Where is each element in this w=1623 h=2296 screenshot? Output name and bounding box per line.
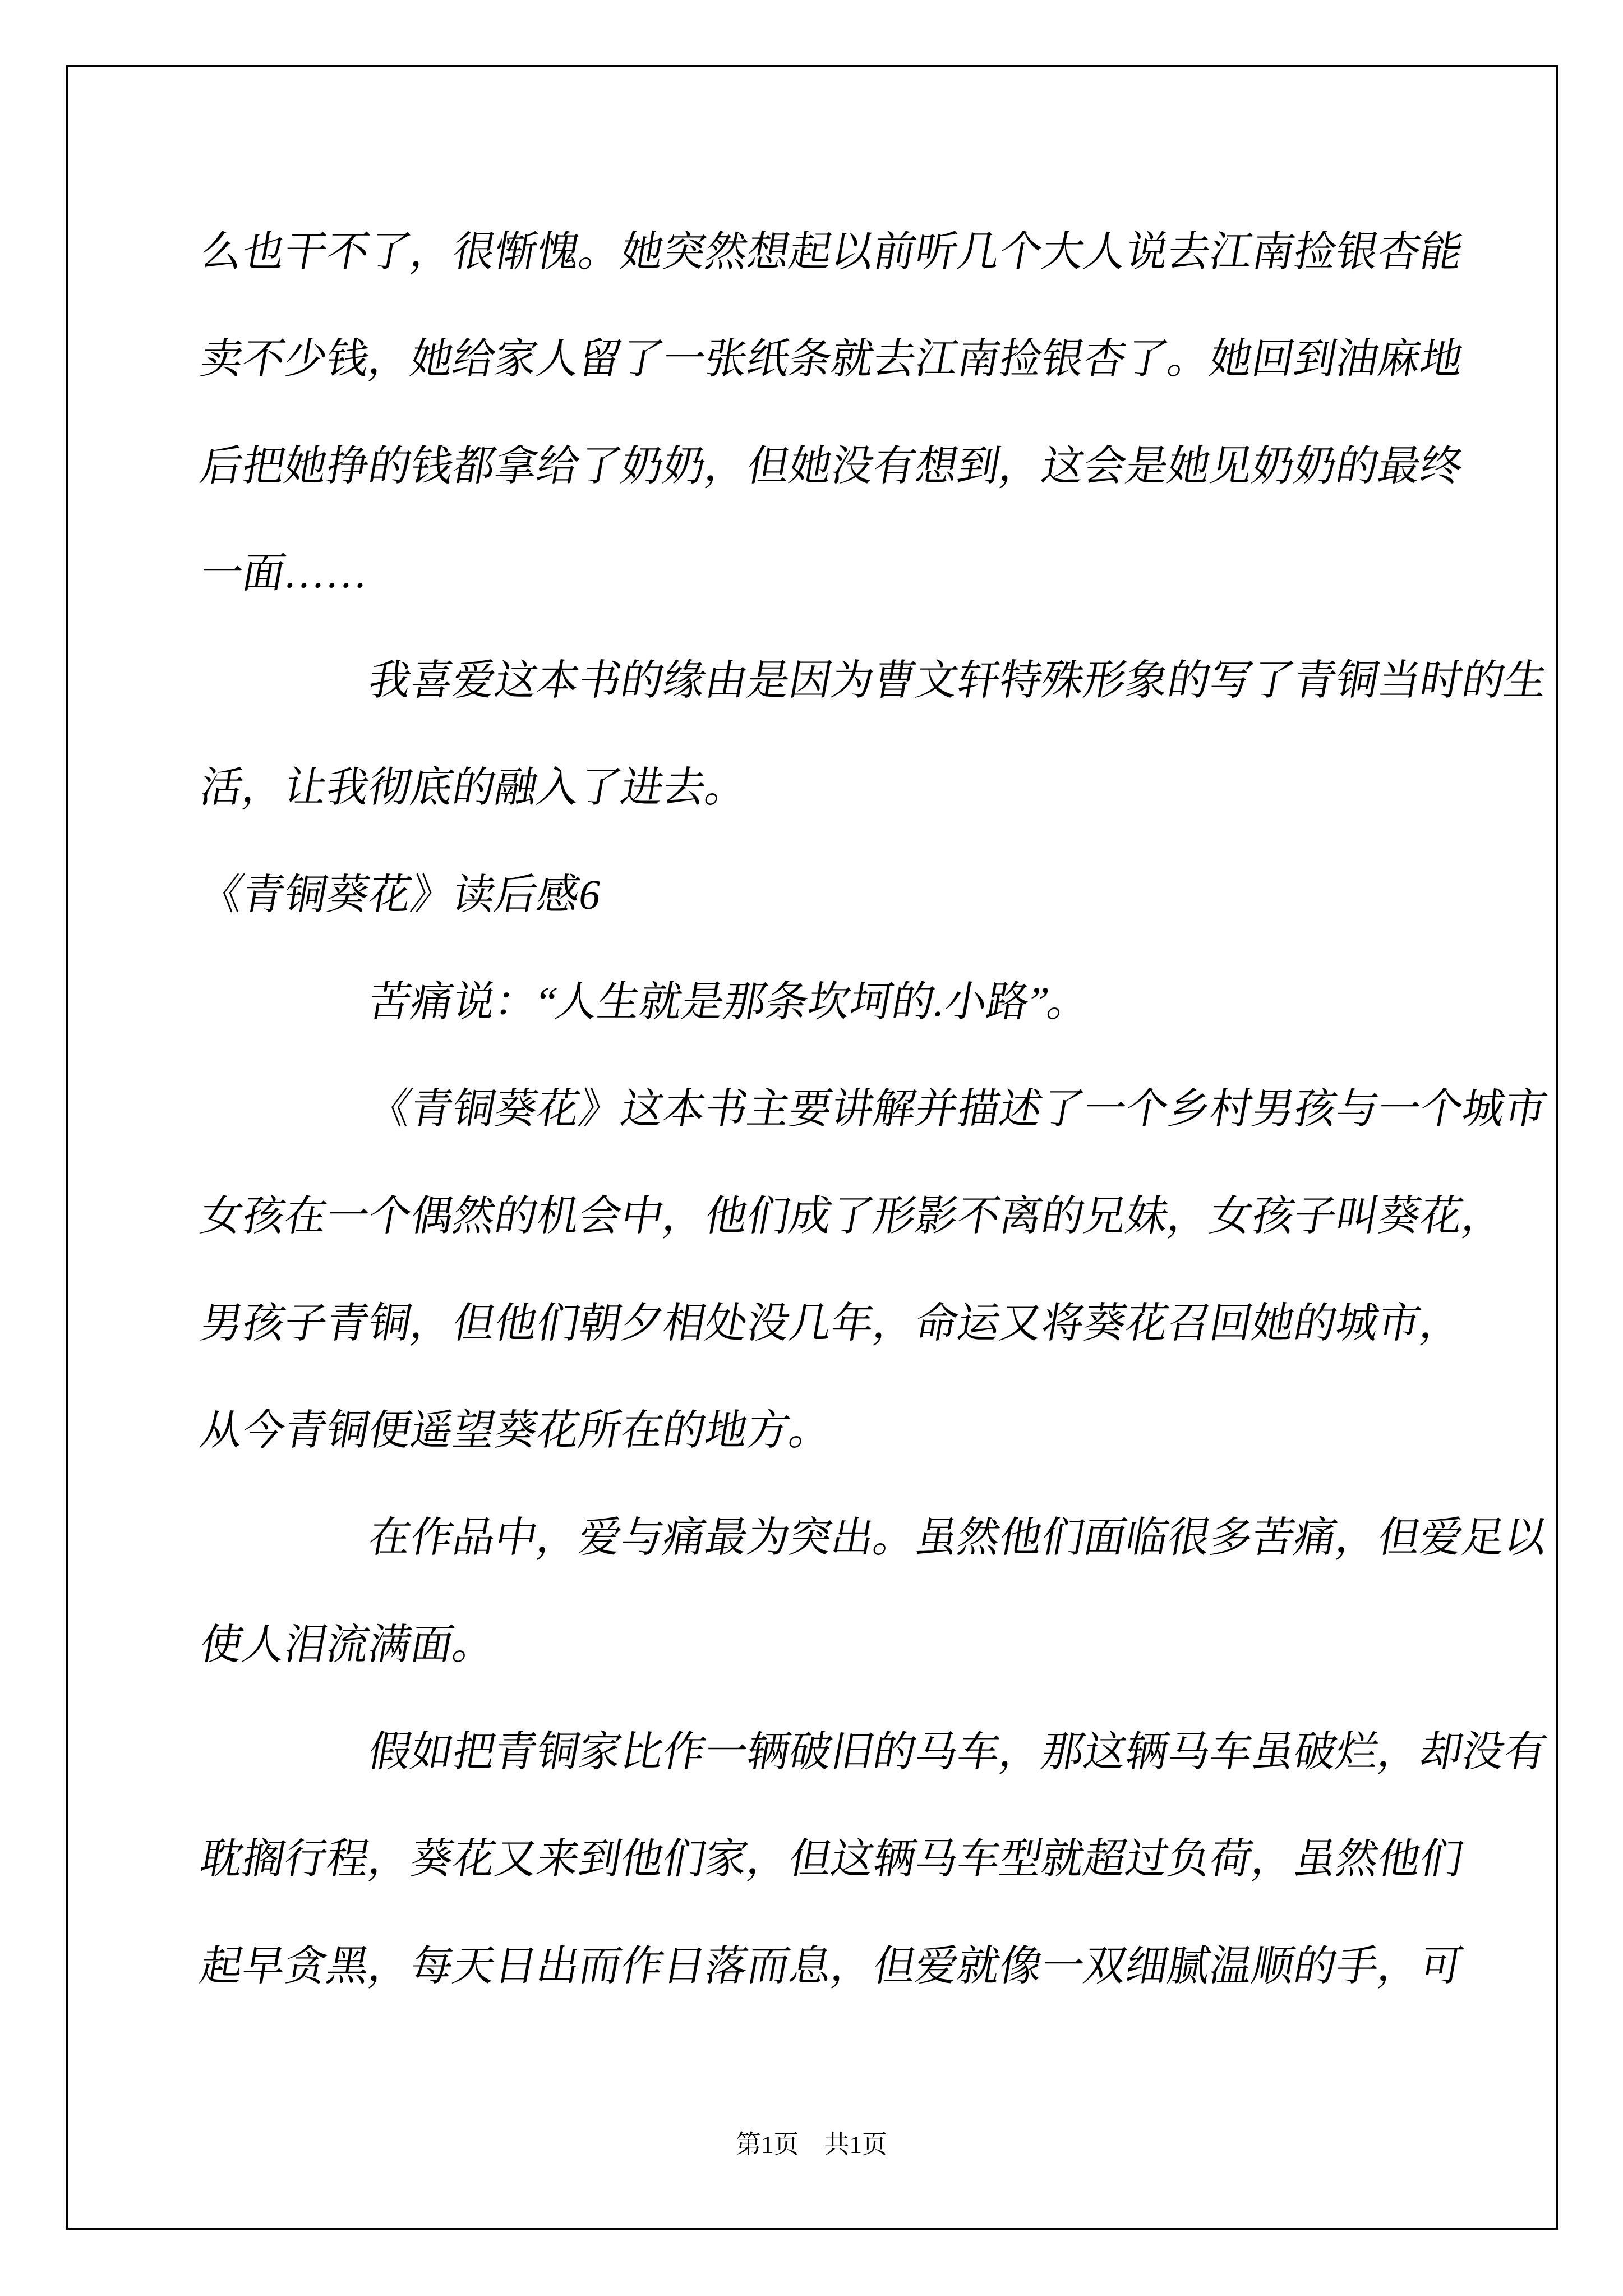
text-line: 么也干不了，很惭愧。她突然想起以前听几个大人说去江南捡银杏能 xyxy=(201,199,1468,306)
text-line: 从今青铜便遥望葵花所在的地方。 xyxy=(201,1377,1468,1484)
text-line: 《青铜葵花》这本书主要讲解并描述了一个乡村男孩与一个城市 xyxy=(201,1056,1468,1163)
document-page: { "page": { "paper_color": "#ffffff", "i… xyxy=(0,0,1623,2296)
text-line-glyphs: 耽搁行程，葵花又来到他们家，但这辆马车型就超过负荷，虽然他们 xyxy=(191,1806,1472,1913)
text-line: 在作品中，爱与痛最为突出。虽然他们面临很多苦痛，但爱足以 xyxy=(201,1484,1468,1591)
text-line: 耽搁行程，葵花又来到他们家，但这辆马车型就超过负荷，虽然他们 xyxy=(201,1806,1468,1913)
text-line-glyphs: 一面…… xyxy=(191,520,379,627)
text-line: 使人泪流满面。 xyxy=(201,1591,1468,1699)
text-line-glyphs: 活，让我彻底的融入了进去。 xyxy=(191,734,757,841)
text-line-glyphs: 起早贪黑，每天日出而作日落而息，但爱就像一双细腻温顺的手，可 xyxy=(191,1913,1472,2020)
text-line-glyphs: 么也干不了，很惭愧。她突然想起以前听几个大人说去江南捡银杏能 xyxy=(191,199,1472,306)
text-line-glyphs: 《青铜葵花》这本书主要讲解并描述了一个乡村男孩与一个城市 xyxy=(275,1056,1556,1163)
text-line: 活，让我彻底的融入了进去。 xyxy=(201,734,1468,841)
text-block: 么也干不了，很惭愧。她突然想起以前听几个大人说去江南捡银杏能卖不少钱，她给家人留… xyxy=(201,199,1468,2020)
text-line-glyphs: 卖不少钱，她给家人留了一张纸条就去江南捡银杏了。她回到油麻地 xyxy=(191,306,1472,413)
page-footer: 第1页共1页 xyxy=(0,2128,1623,2161)
text-line: 假如把青铜家比作一辆破旧的马车，那这辆马车虽破烂，却没有 xyxy=(201,1699,1468,1806)
text-line: 女孩在一个偶然的机会中，他们成了形影不离的兄妹，女孩子叫葵花， xyxy=(201,1163,1468,1270)
text-line-glyphs: 后把她挣的钱都拿给了奶奶，但她没有想到，这会是她见奶奶的最终 xyxy=(191,413,1472,520)
text-line-glyphs: 使人泪流满面。 xyxy=(191,1591,505,1699)
text-line: 后把她挣的钱都拿给了奶奶，但她没有想到，这会是她见奶奶的最终 xyxy=(201,413,1468,520)
text-line-glyphs: 苦痛说：“人生就是那条坎坷的.小路”。 xyxy=(275,949,1099,1056)
text-line: 卖不少钱，她给家人留了一张纸条就去江南捡银杏了。她回到油麻地 xyxy=(201,306,1468,413)
text-line-glyphs: 我喜爱这本书的缘由是因为曹文轩特殊形象的写了青铜当时的生 xyxy=(275,627,1556,734)
text-line-glyphs: 男孩子青铜，但他们朝夕相处没几年，命运又将葵花召回她的城市， xyxy=(191,1270,1472,1377)
footer-current-page: 第1页 xyxy=(736,2131,799,2159)
text-line: 一面…… xyxy=(201,520,1468,627)
footer-total-pages: 共1页 xyxy=(824,2131,888,2159)
text-line-glyphs: 在作品中，爱与痛最为突出。虽然他们面临很多苦痛，但爱足以 xyxy=(275,1484,1556,1591)
text-line: 男孩子青铜，但他们朝夕相处没几年，命运又将葵花召回她的城市， xyxy=(201,1270,1468,1377)
text-line: 我喜爱这本书的缘由是因为曹文轩特殊形象的写了青铜当时的生 xyxy=(201,627,1468,734)
text-line-glyphs: 从今青铜便遥望葵花所在的地方。 xyxy=(191,1377,841,1484)
text-line-glyphs: 《青铜葵花》读后感6 xyxy=(191,841,610,949)
text-line: 苦痛说：“人生就是那条坎坷的.小路”。 xyxy=(201,949,1468,1056)
text-line-glyphs: 女孩在一个偶然的机会中，他们成了形影不离的兄妹，女孩子叫葵花， xyxy=(191,1163,1514,1270)
text-line: 起早贪黑，每天日出而作日落而息，但爱就像一双细腻温顺的手，可 xyxy=(201,1913,1468,2020)
text-line-glyphs: 假如把青铜家比作一辆破旧的马车，那这辆马车虽破烂，却没有 xyxy=(275,1699,1556,1806)
text-line: 《青铜葵花》读后感6 xyxy=(201,841,1468,949)
